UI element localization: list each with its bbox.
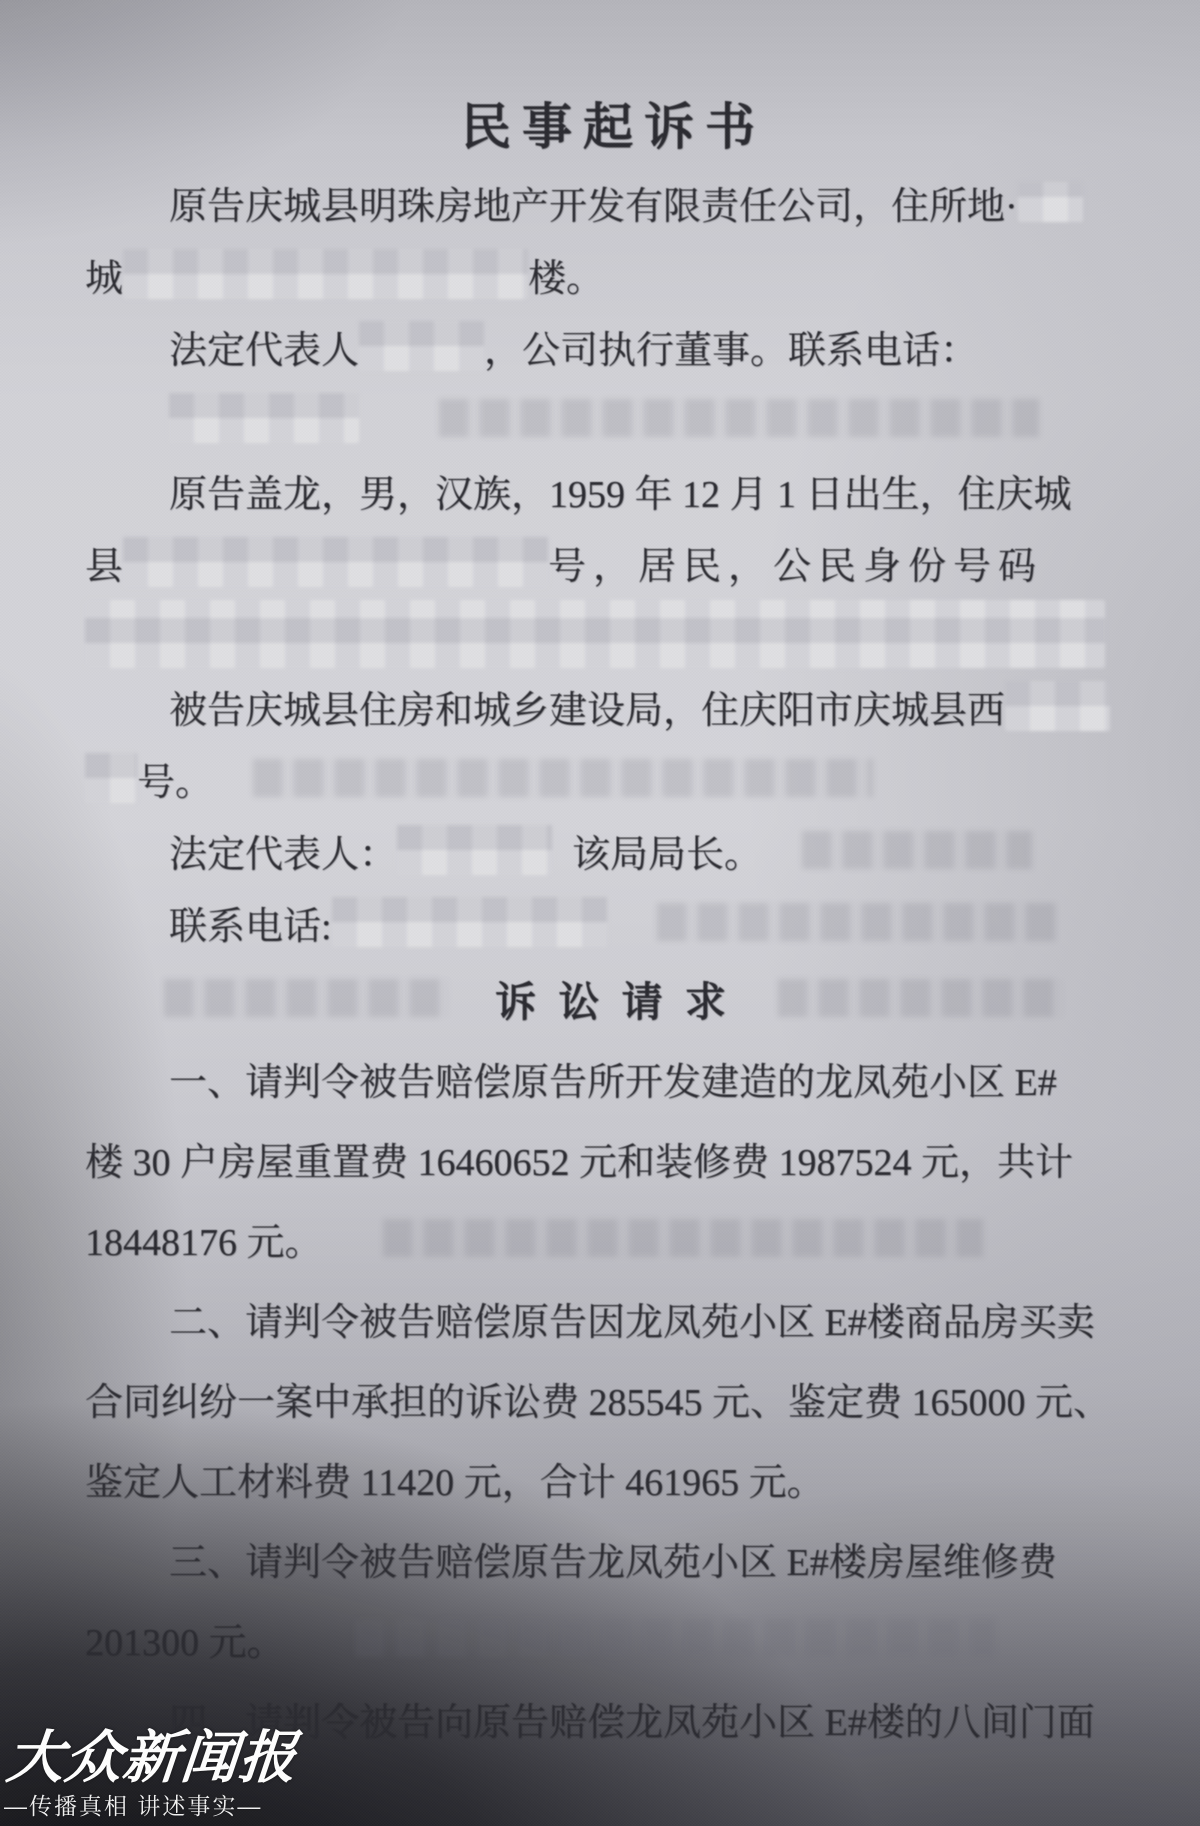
text-line: 鉴定人工材料费 11420 元，合计 461965 元。 bbox=[85, 1438, 1142, 1518]
text-run: 鉴定人工材料费 11420 元，合计 461965 元。 bbox=[85, 1451, 825, 1506]
spacer bbox=[552, 845, 572, 855]
text-line bbox=[85, 382, 1142, 454]
text-run: 楼。 bbox=[528, 247, 604, 302]
redaction-blur bbox=[85, 753, 137, 803]
spacer bbox=[607, 917, 657, 927]
text-line: 18448176 元。 bbox=[85, 1198, 1142, 1278]
text-run: 法定代表人 bbox=[169, 319, 359, 374]
text-run: 楼 30 户房屋重置费 16460652 元和装修费 1987524 元，共计 bbox=[85, 1131, 1073, 1186]
spacer bbox=[213, 773, 253, 783]
text-line: 二、请判令被告赔偿原告因龙凤苑小区 E#楼商品房买卖 bbox=[85, 1278, 1142, 1358]
text-run: 合同纠纷一案中承担的诉讼费 285545 元、鉴定费 165000 元、 bbox=[85, 1371, 1111, 1426]
text-run: 被告庆城县住房和城乡建设局，住庆阳市庆城县西 bbox=[169, 679, 1005, 734]
text-line: 联系电话: bbox=[85, 886, 1142, 958]
redaction-blur bbox=[397, 825, 552, 875]
text-line: 楼 30 户房屋重置费 16460652 元和装修费 1987524 元，共计 bbox=[85, 1118, 1142, 1198]
text-run: 原告盖龙，男，汉族，1959 年 12 月 1 日出生，住庆城 bbox=[169, 463, 1072, 518]
redaction-blur bbox=[332, 897, 607, 947]
watermark-brand: 大众新闻报 bbox=[4, 1726, 300, 1790]
bleedthrough-ghost-text bbox=[355, 1619, 995, 1657]
redaction-blur bbox=[123, 249, 528, 299]
text-line bbox=[85, 598, 1142, 670]
text-line: 被告庆城县住房和城乡建设局，住庆阳市庆城县西 bbox=[85, 670, 1142, 742]
text-run: 该局局长。 bbox=[572, 823, 762, 878]
text-run: 民事起诉书 bbox=[461, 87, 766, 159]
text-run: 号，居民，公民身份号码 bbox=[548, 535, 1043, 590]
text-line: 三、请判令被告赔偿原告龙凤苑小区 E#楼房屋维修费 bbox=[85, 1518, 1142, 1598]
text-line: 201300 元。 bbox=[85, 1598, 1142, 1678]
document-title: 民事起诉书 bbox=[85, 80, 1142, 166]
bleedthrough-ghost-text bbox=[802, 831, 1032, 869]
text-line: 原告盖龙，男，汉族，1959 年 12 月 1 日出生，住庆城 bbox=[85, 454, 1142, 526]
text-run: 201300 元。 bbox=[85, 1611, 285, 1666]
text-line: 合同纠纷一案中承担的诉讼费 285545 元、鉴定费 165000 元、 bbox=[85, 1358, 1142, 1438]
watermark: 大众新闻报 —传播真相 讲述事实— bbox=[4, 1726, 294, 1821]
bleedthrough-ghost-text bbox=[439, 399, 1039, 437]
bleedthrough-ghost-text bbox=[164, 979, 449, 1017]
spacer bbox=[323, 1233, 383, 1243]
text-line: 法定代表人，公司执行董事。联系电话： bbox=[85, 310, 1142, 382]
spacer bbox=[762, 845, 802, 855]
text-run: 号。 bbox=[137, 751, 213, 806]
text-run: 联系电话: bbox=[169, 895, 332, 950]
text-run: 诉 讼 请 求 bbox=[495, 969, 732, 1028]
spacer bbox=[359, 413, 439, 423]
text-line: 城楼。 bbox=[85, 238, 1142, 310]
text-run: 三、请判令被告赔偿原告龙凤苑小区 E#楼房屋维修费 bbox=[169, 1531, 1057, 1586]
bleedthrough-ghost-text bbox=[778, 979, 1063, 1017]
spacer bbox=[285, 1633, 355, 1643]
text-line: 号。 bbox=[85, 742, 1142, 814]
redaction-blur bbox=[85, 600, 1105, 668]
text-run: 18448176 元。 bbox=[85, 1211, 323, 1266]
redaction-blur bbox=[359, 321, 484, 371]
redaction-blur bbox=[1018, 182, 1083, 222]
redaction-blur bbox=[169, 393, 359, 443]
text-run: 原告庆城县明珠房地产开发有限责任公司，住所地· bbox=[169, 175, 1018, 230]
photo-background: 民事起诉书原告庆城县明珠房地产开发有限责任公司，住所地·城楼。法定代表人，公司执… bbox=[0, 0, 1200, 1826]
text-run: ，公司执行董事。联系电话： bbox=[484, 319, 978, 374]
text-line: 一、请判令被告赔偿原告所开发建造的龙凤苑小区 E# bbox=[85, 1038, 1142, 1118]
redaction-blur bbox=[123, 537, 548, 587]
text-line: 原告庆城县明珠房地产开发有限责任公司，住所地· bbox=[85, 166, 1142, 238]
watermark-tagline: —传播真相 讲述事实— bbox=[4, 1791, 294, 1821]
text-run: 四、请判令被告向原告赔偿龙凤苑小区 E#楼的八间门面 bbox=[169, 1691, 1095, 1746]
text-run: 县 bbox=[85, 535, 123, 590]
text-line: 法定代表人：该局局长。 bbox=[85, 814, 1142, 886]
bleedthrough-ghost-text bbox=[383, 1219, 983, 1257]
legal-document: 民事起诉书原告庆城县明珠房地产开发有限责任公司，住所地·城楼。法定代表人，公司执… bbox=[85, 80, 1142, 1758]
text-run: 城 bbox=[85, 247, 123, 302]
section-heading: 诉 讼 请 求 bbox=[85, 958, 1142, 1038]
text-line: 县号，居民，公民身份号码 bbox=[85, 526, 1142, 598]
redaction-blur bbox=[1005, 681, 1110, 731]
text-run: 二、请判令被告赔偿原告因龙凤苑小区 E#楼商品房买卖 bbox=[169, 1291, 1095, 1346]
bleedthrough-ghost-text bbox=[657, 903, 1057, 941]
text-run: 法定代表人： bbox=[169, 823, 397, 878]
text-run: 一、请判令被告赔偿原告所开发建造的龙凤苑小区 E# bbox=[169, 1051, 1057, 1106]
bleedthrough-ghost-text bbox=[253, 759, 873, 797]
